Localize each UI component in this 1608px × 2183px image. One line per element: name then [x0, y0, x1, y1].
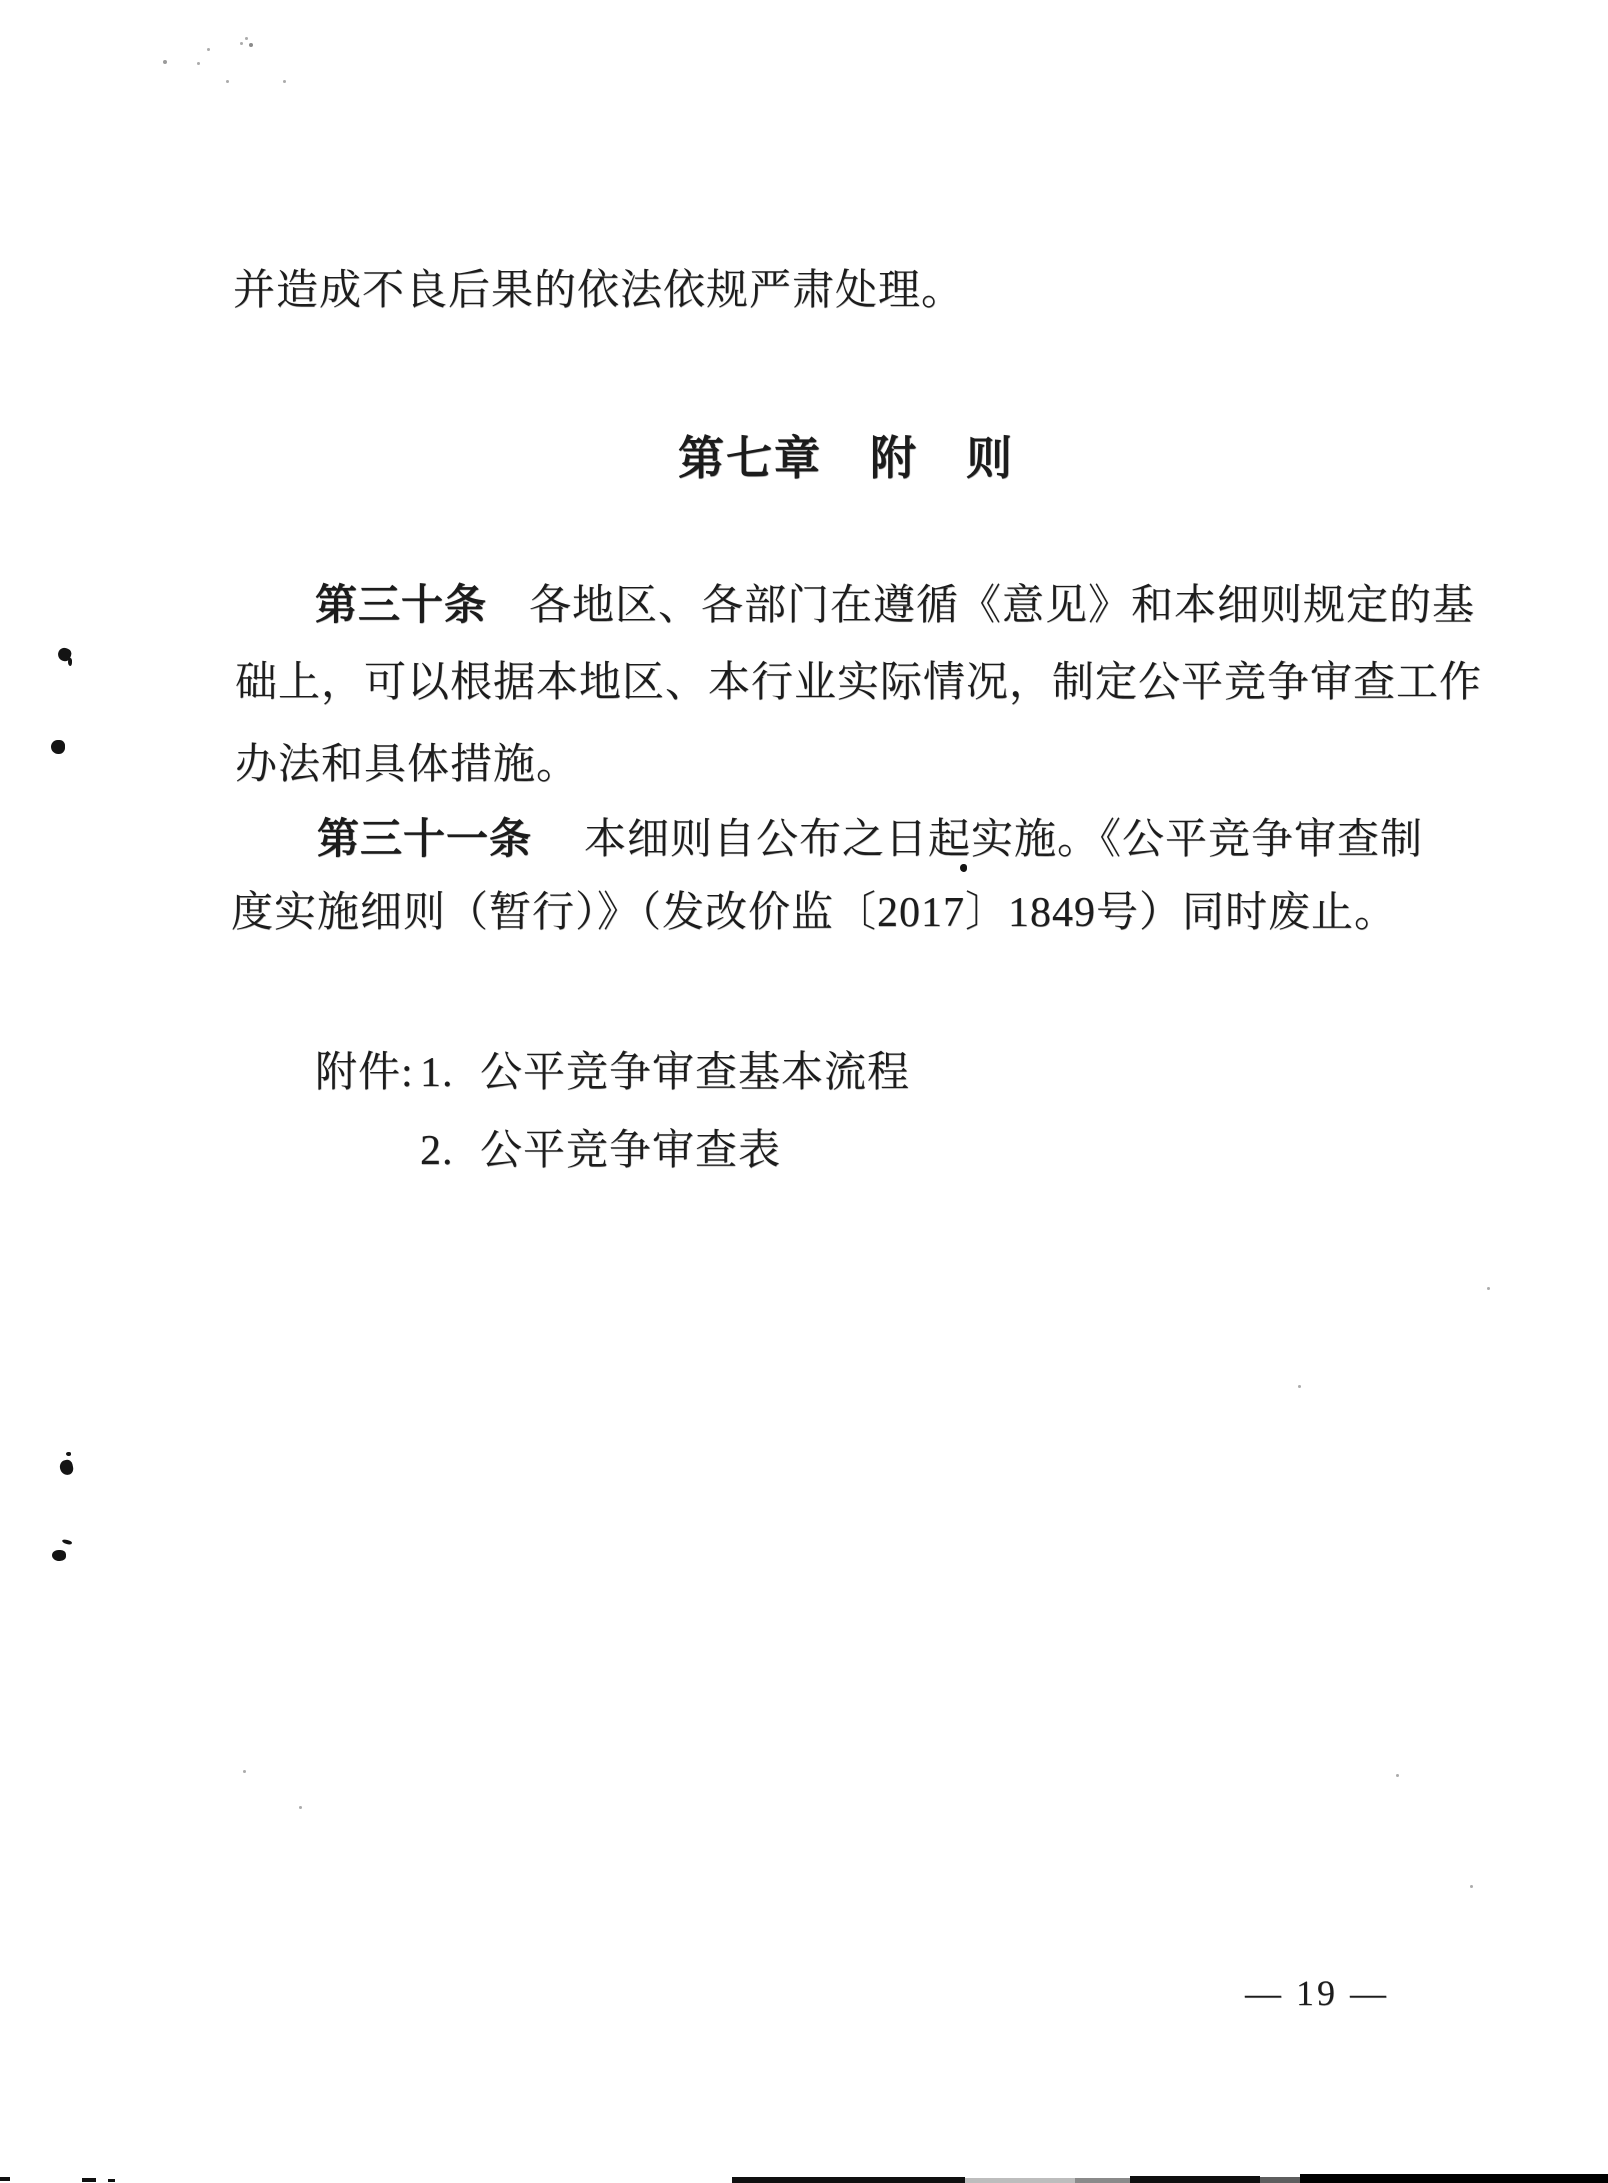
article-31-line-1-text: 本细则自公布之日起实施。《公平竞争审查制 — [584, 817, 1423, 863]
attachment-2-text: 公平竞争审查表 — [480, 1128, 781, 1174]
scan-speck — [1470, 1885, 1473, 1888]
scan-edge-mark — [82, 2178, 96, 2182]
article-30-line-1-text: 各地区、各部门在遵循《意见》和本细则规定的基 — [529, 583, 1475, 629]
ink-blob — [51, 740, 65, 754]
article-31-line-2: 度实施细则（暂行）》（发改价监〔2017〕1849号）同时废止。 — [231, 890, 1397, 937]
scan-speck — [299, 1806, 302, 1809]
article-31-line-1: 第三十一条本细则自公布之日起实施。《公平竞争审查制 — [317, 817, 1423, 864]
scan-speck — [197, 62, 200, 65]
scan-speck — [243, 1770, 246, 1773]
scan-edge-mark — [108, 2179, 115, 2182]
scan-speck — [1298, 1385, 1301, 1388]
scanned-document-page: 并造成不良后果的依法依规严肃处理。 第七章 附 则 第三十条各地区、各部门在遵循… — [0, 0, 1608, 2183]
page-number: — 19 — — [1245, 1972, 1389, 2014]
article-31-term: 第三十一条 — [317, 817, 532, 863]
scan-speck — [1396, 1774, 1399, 1777]
article-30-term: 第三十条 — [315, 583, 487, 629]
scan-edge-band — [1300, 2174, 1608, 2183]
scan-edge-band — [965, 2178, 1075, 2183]
ink-dot — [960, 864, 967, 872]
attachment-2-number: 2. — [420, 1128, 480, 1175]
article-30-line-2: 础上，可以根据本地区、本行业实际情况，制定公平竞争审查工作 — [235, 660, 1482, 707]
scan-speck — [249, 43, 253, 47]
article-30-line-3: 办法和具体措施。 — [235, 742, 579, 789]
ink-blob — [66, 1452, 71, 1456]
scan-edge-mark — [0, 2177, 10, 2181]
ink-blob — [52, 1550, 66, 1561]
attachment-1-number: 1. — [420, 1050, 480, 1097]
scan-speck — [163, 60, 167, 64]
scan-speck — [207, 48, 210, 51]
scan-edge-band — [1075, 2178, 1130, 2183]
scan-speck — [240, 42, 243, 45]
ink-blob — [68, 658, 72, 666]
scan-speck — [245, 37, 248, 40]
scan-edge-band — [1130, 2176, 1260, 2183]
scan-speck — [226, 80, 229, 83]
attachment-line-1: 附件:1.公平竞争审查基本流程 — [315, 1050, 910, 1097]
ink-blob — [59, 1459, 75, 1476]
scan-edge-band — [1260, 2177, 1300, 2183]
scan-speck — [1487, 1287, 1490, 1290]
attachments-label: 附件: — [315, 1050, 420, 1097]
attachment-1-text: 公平竞争审查基本流程 — [480, 1050, 910, 1096]
ink-blob — [62, 1539, 73, 1545]
intro-line: 并造成不良后果的依法依规严肃处理。 — [233, 268, 964, 315]
scan-edge-band — [732, 2177, 965, 2183]
scan-speck — [283, 80, 286, 83]
attachment-line-2: 2.公平竞争审查表 — [420, 1128, 781, 1175]
chapter-heading: 第七章 附 则 — [678, 422, 1014, 488]
article-30-line-1: 第三十条各地区、各部门在遵循《意见》和本细则规定的基 — [315, 583, 1475, 630]
